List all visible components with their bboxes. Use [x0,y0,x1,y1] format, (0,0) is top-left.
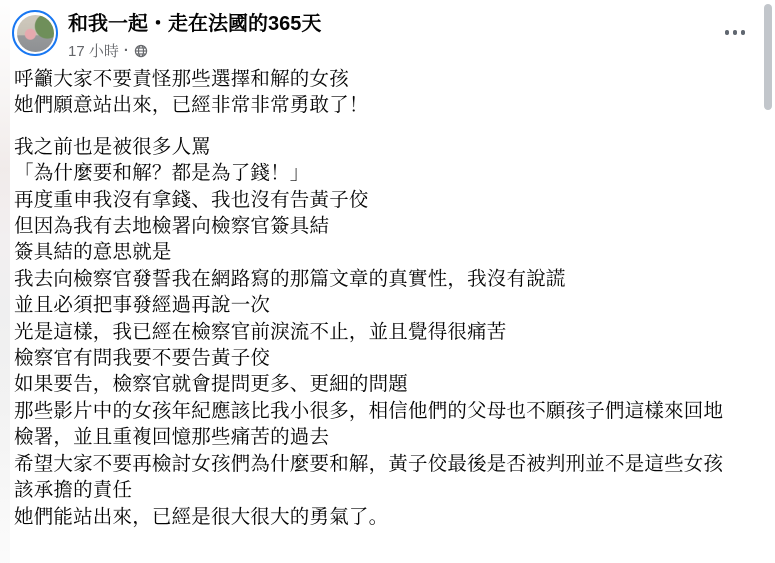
post-line: 希望大家不要再檢討女孩們為什麼要和解，黃子佼最後是否被判刑並不是這些女孩該承擔的… [14,451,742,504]
meta-separator: · [124,42,129,59]
post-line: 她們能站出來，已經是很大很大的勇氣了。 [14,504,742,530]
post-header: 和我一起・走在法國的365天 17 小時 · [12,10,321,61]
timestamp-link[interactable]: 17 小時 [68,40,119,61]
post-line: 光是這樣，我已經在檢察官前淚流不止，並且覺得很痛苦 [14,319,742,345]
post-line: 呼籲大家不要責怪那些選擇和解的女孩 [14,66,742,92]
avatar-photo [17,15,54,52]
post-paragraph: 呼籲大家不要責怪那些選擇和解的女孩 她們願意站出來，已經非常非常勇敢了！ [14,66,742,119]
post-line: 檢察官有問我要不要告黃子佼 [14,345,742,371]
facebook-post: 和我一起・走在法國的365天 17 小時 · [0,0,775,563]
post-paragraph: 我之前也是被很多人罵 「為什麼要和解？都是為了錢！」 再度重申我沒有拿錢、我也沒… [14,134,742,530]
post-line: 簽具結的意思就是 [14,239,742,265]
more-horizontal-icon [741,30,746,35]
post-line: 並且必須把事發經過再說一次 [14,292,742,318]
post-line: 「為什麼要和解？都是為了錢！」 [14,160,742,186]
post-line: 如果要告，檢察官就會提問更多、更細的問題 [14,371,742,397]
post-meta: 17 小時 · [68,40,321,61]
post-line: 我之前也是被很多人罵 [14,134,742,160]
page-name-link[interactable]: 和我一起・走在法國的365天 [68,12,321,37]
more-horizontal-icon [725,30,730,35]
post-line: 那些影片中的女孩年紀應該比我小很多，相信他們的父母也不願孩子們這樣來回地檢署，並… [14,398,742,451]
post-line: 但因為我有去地檢署向檢察官簽具結 [14,213,742,239]
post-line: 她們願意站出來，已經非常非常勇敢了！ [14,92,742,118]
header-text: 和我一起・走在法國的365天 17 小時 · [68,10,321,61]
post-line: 我去向檢察官發誓我在網路寫的那篇文章的真實性，我沒有說謊 [14,266,742,292]
scrollbar-thumb[interactable] [764,4,772,110]
post-body: 呼籲大家不要責怪那些選擇和解的女孩 她們願意站出來，已經非常非常勇敢了！ 我之前… [0,66,762,530]
avatar[interactable] [12,10,58,56]
scrollbar-track[interactable] [761,0,775,563]
post-line: 再度重申我沒有拿錢、我也沒有告黃子佼 [14,187,742,213]
more-horizontal-icon [733,30,738,35]
globe-icon [134,44,148,58]
more-options-button[interactable] [719,24,752,41]
